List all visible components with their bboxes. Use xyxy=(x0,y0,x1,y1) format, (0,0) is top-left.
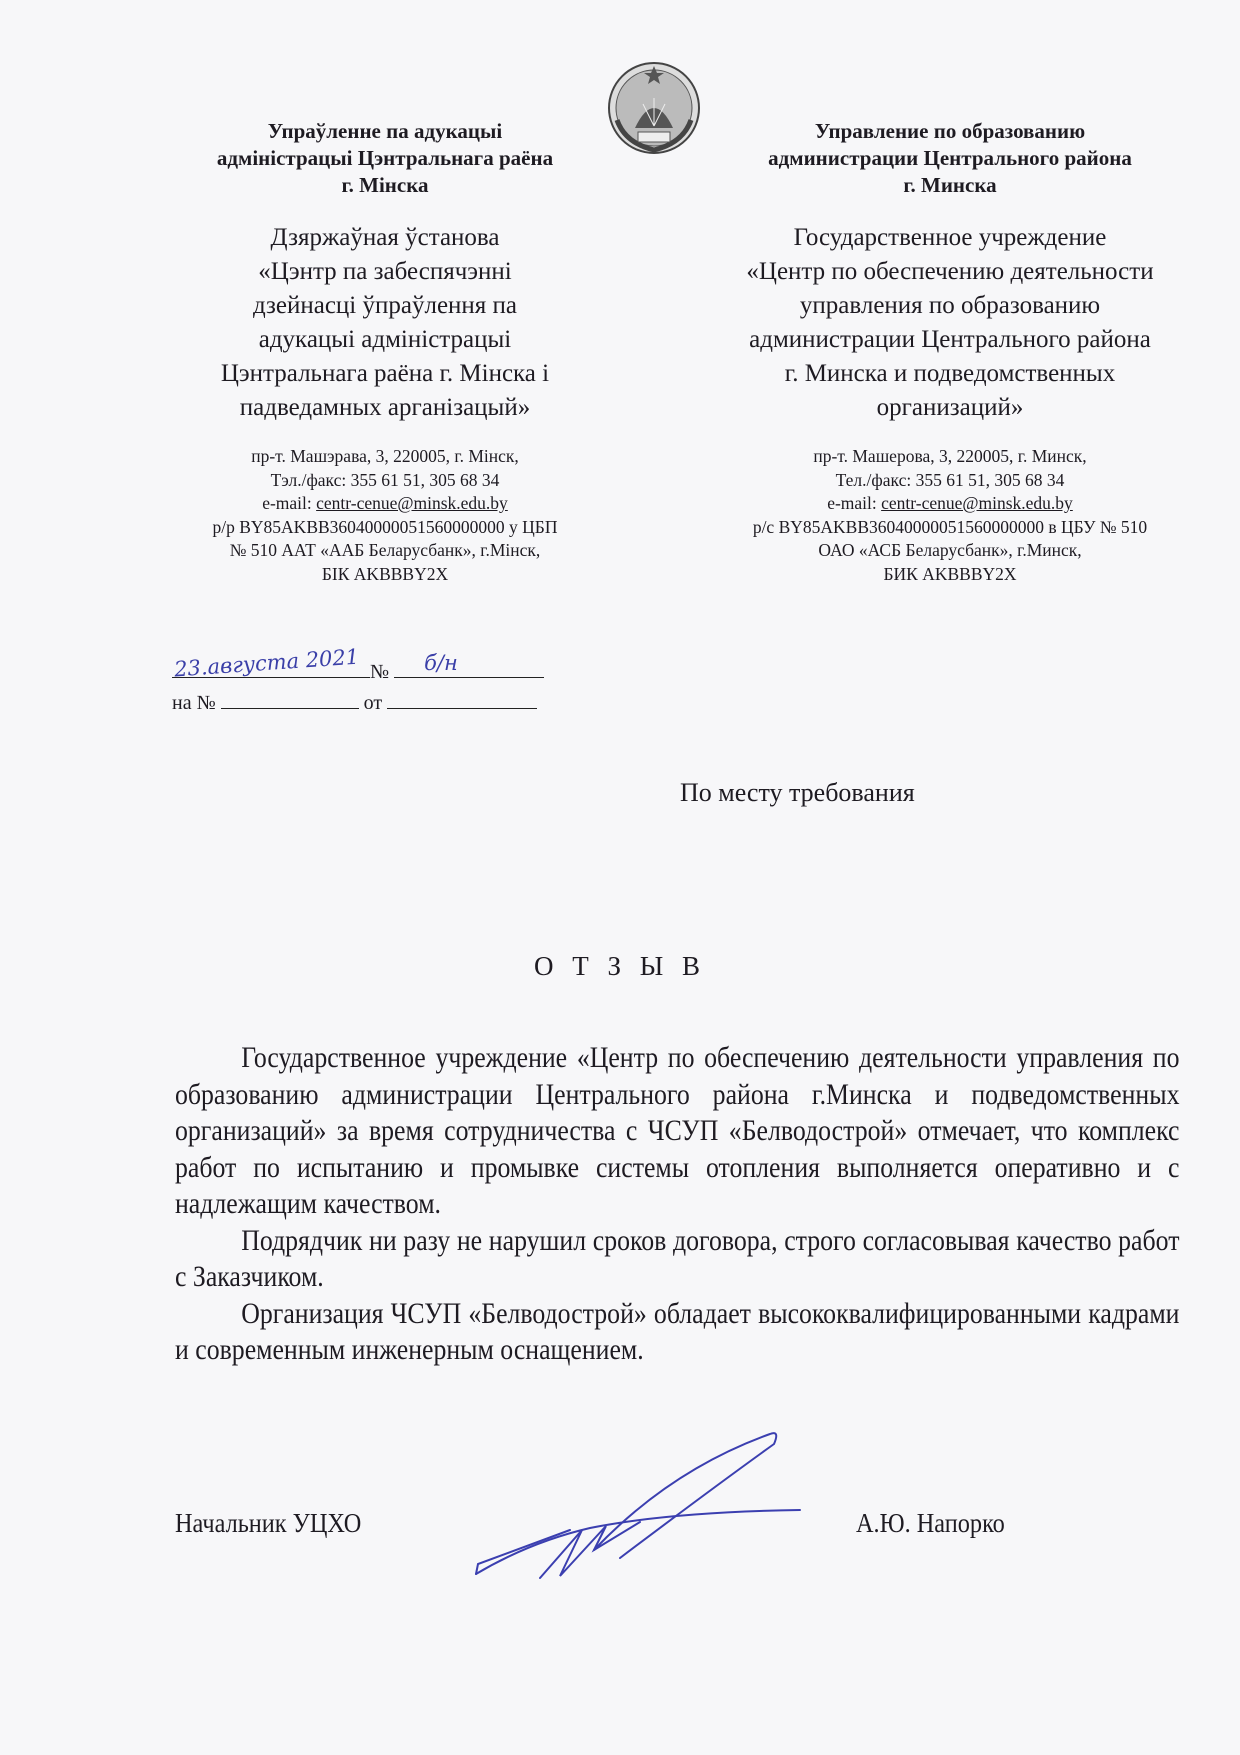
email-label: e-mail: xyxy=(827,493,881,513)
authority-line: администрации Центрального района xyxy=(690,145,1210,172)
org-line: организаций» xyxy=(690,391,1210,425)
org-line: Дзяржаўная ўстанова xyxy=(170,221,600,255)
requisites-ru: пр-т. Машерова, 3, 220005, г. Минск, Тел… xyxy=(690,445,1210,586)
org-line: «Центр по обеспечению деятельности xyxy=(690,255,1210,289)
from-label: от xyxy=(364,692,382,714)
org-line: управления по образованию xyxy=(690,289,1210,323)
date-field: 23.августа 2021 xyxy=(172,655,370,678)
authority-line: Упраўленне па адукацыі xyxy=(170,118,600,145)
handwritten-date: 23.августа 2021 xyxy=(173,643,360,684)
address: пр-т. Машерова, 3, 220005, г. Минск, xyxy=(690,445,1210,469)
addressee: По месту требования xyxy=(680,778,915,808)
document-body: Государственное учреждение «Центр по обе… xyxy=(175,1040,1180,1369)
document-title: О Т З Ы В xyxy=(0,951,1240,982)
header-right: Управление по образованию администрации … xyxy=(690,118,1210,586)
email-link[interactable]: centr-cenue@minsk.edu.by xyxy=(316,493,508,513)
bic: БИК AKBBBY2X xyxy=(690,563,1210,587)
in-reply-number-field xyxy=(221,686,359,709)
body-paragraph: Государственное учреждение «Центр по обе… xyxy=(175,1040,1179,1223)
in-reply-date-field xyxy=(387,686,537,709)
incoming-ref-line: на № от xyxy=(172,686,572,717)
authority-name-be: Упраўленне па адукацыі адміністрацыі Цэн… xyxy=(170,118,600,199)
number-label: № xyxy=(370,661,389,683)
email-line: e-mail: centr-cenue@minsk.edu.by xyxy=(170,492,600,516)
org-line: «Цэнтр па забеспячэнні xyxy=(170,255,600,289)
bank-account: р/р BY85AKBB36040000051560000000 у ЦБП xyxy=(170,516,600,540)
outgoing-ref-line: 23.августа 2021 № б/н xyxy=(172,655,572,686)
bank-account: р/с BY85AKBB36040000051560000000 в ЦБУ №… xyxy=(690,516,1210,540)
signatory-name: А.Ю. Напорко xyxy=(856,1508,1005,1539)
org-line: Государственное учреждение xyxy=(690,221,1210,255)
org-line: администрации Центрального района xyxy=(690,323,1210,357)
email-label: e-mail: xyxy=(262,493,316,513)
phone: Тэл./факс: 355 61 51, 305 68 34 xyxy=(170,469,600,493)
header-left: Упраўленне па адукацыі адміністрацыі Цэн… xyxy=(170,118,600,586)
org-line: дзейнасці ўпраўлення па xyxy=(170,289,600,323)
organization-name-ru: Государственное учреждение «Центр по обе… xyxy=(690,221,1210,425)
org-line: г. Минска и подведомственных xyxy=(690,357,1210,391)
body-paragraph: Организация ЧСУП «Белводострой» обладает… xyxy=(175,1296,1179,1369)
handwritten-signature-icon xyxy=(470,1430,810,1590)
phone: Тел./факс: 355 61 51, 305 68 34 xyxy=(690,469,1210,493)
org-line: падведамных арганізацый» xyxy=(170,391,600,425)
handwritten-number: б/н xyxy=(424,649,458,677)
organization-name-be: Дзяржаўная ўстанова «Цэнтр па забеспячэн… xyxy=(170,221,600,425)
authority-line: Управление по образованию xyxy=(690,118,1210,145)
number-field: б/н xyxy=(394,655,544,678)
org-line: адукацыі адміністрацыі xyxy=(170,323,600,357)
signatory-role: Начальник УЦХО xyxy=(175,1508,361,1539)
email-line: e-mail: centr-cenue@minsk.edu.by xyxy=(690,492,1210,516)
authority-line: г. Минска xyxy=(690,172,1210,199)
state-emblem-icon xyxy=(605,58,703,156)
in-reply-label: на № xyxy=(172,692,216,714)
requisites-be: пр-т. Машэрава, 3, 220005, г. Мінск, Тэл… xyxy=(170,445,600,586)
reference-block: 23.августа 2021 № б/н на № от xyxy=(172,655,572,717)
bank-name: № 510 ААТ «ААБ Беларусбанк», г.Мінск, xyxy=(170,539,600,563)
email-link[interactable]: centr-cenue@minsk.edu.by xyxy=(881,493,1073,513)
org-line: Цэнтральнага раёна г. Мінска і xyxy=(170,357,600,391)
authority-line: адміністрацыі Цэнтральнага раёна xyxy=(170,145,600,172)
authority-name-ru: Управление по образованию администрации … xyxy=(690,118,1210,199)
address: пр-т. Машэрава, 3, 220005, г. Мінск, xyxy=(170,445,600,469)
authority-line: г. Мінска xyxy=(170,172,600,199)
body-paragraph: Подрядчик ни разу не нарушил сроков дого… xyxy=(175,1223,1179,1296)
bank-name: ОАО «АСБ Беларусбанк», г.Минск, xyxy=(690,539,1210,563)
bic: БІК AKBBBY2X xyxy=(170,563,600,587)
